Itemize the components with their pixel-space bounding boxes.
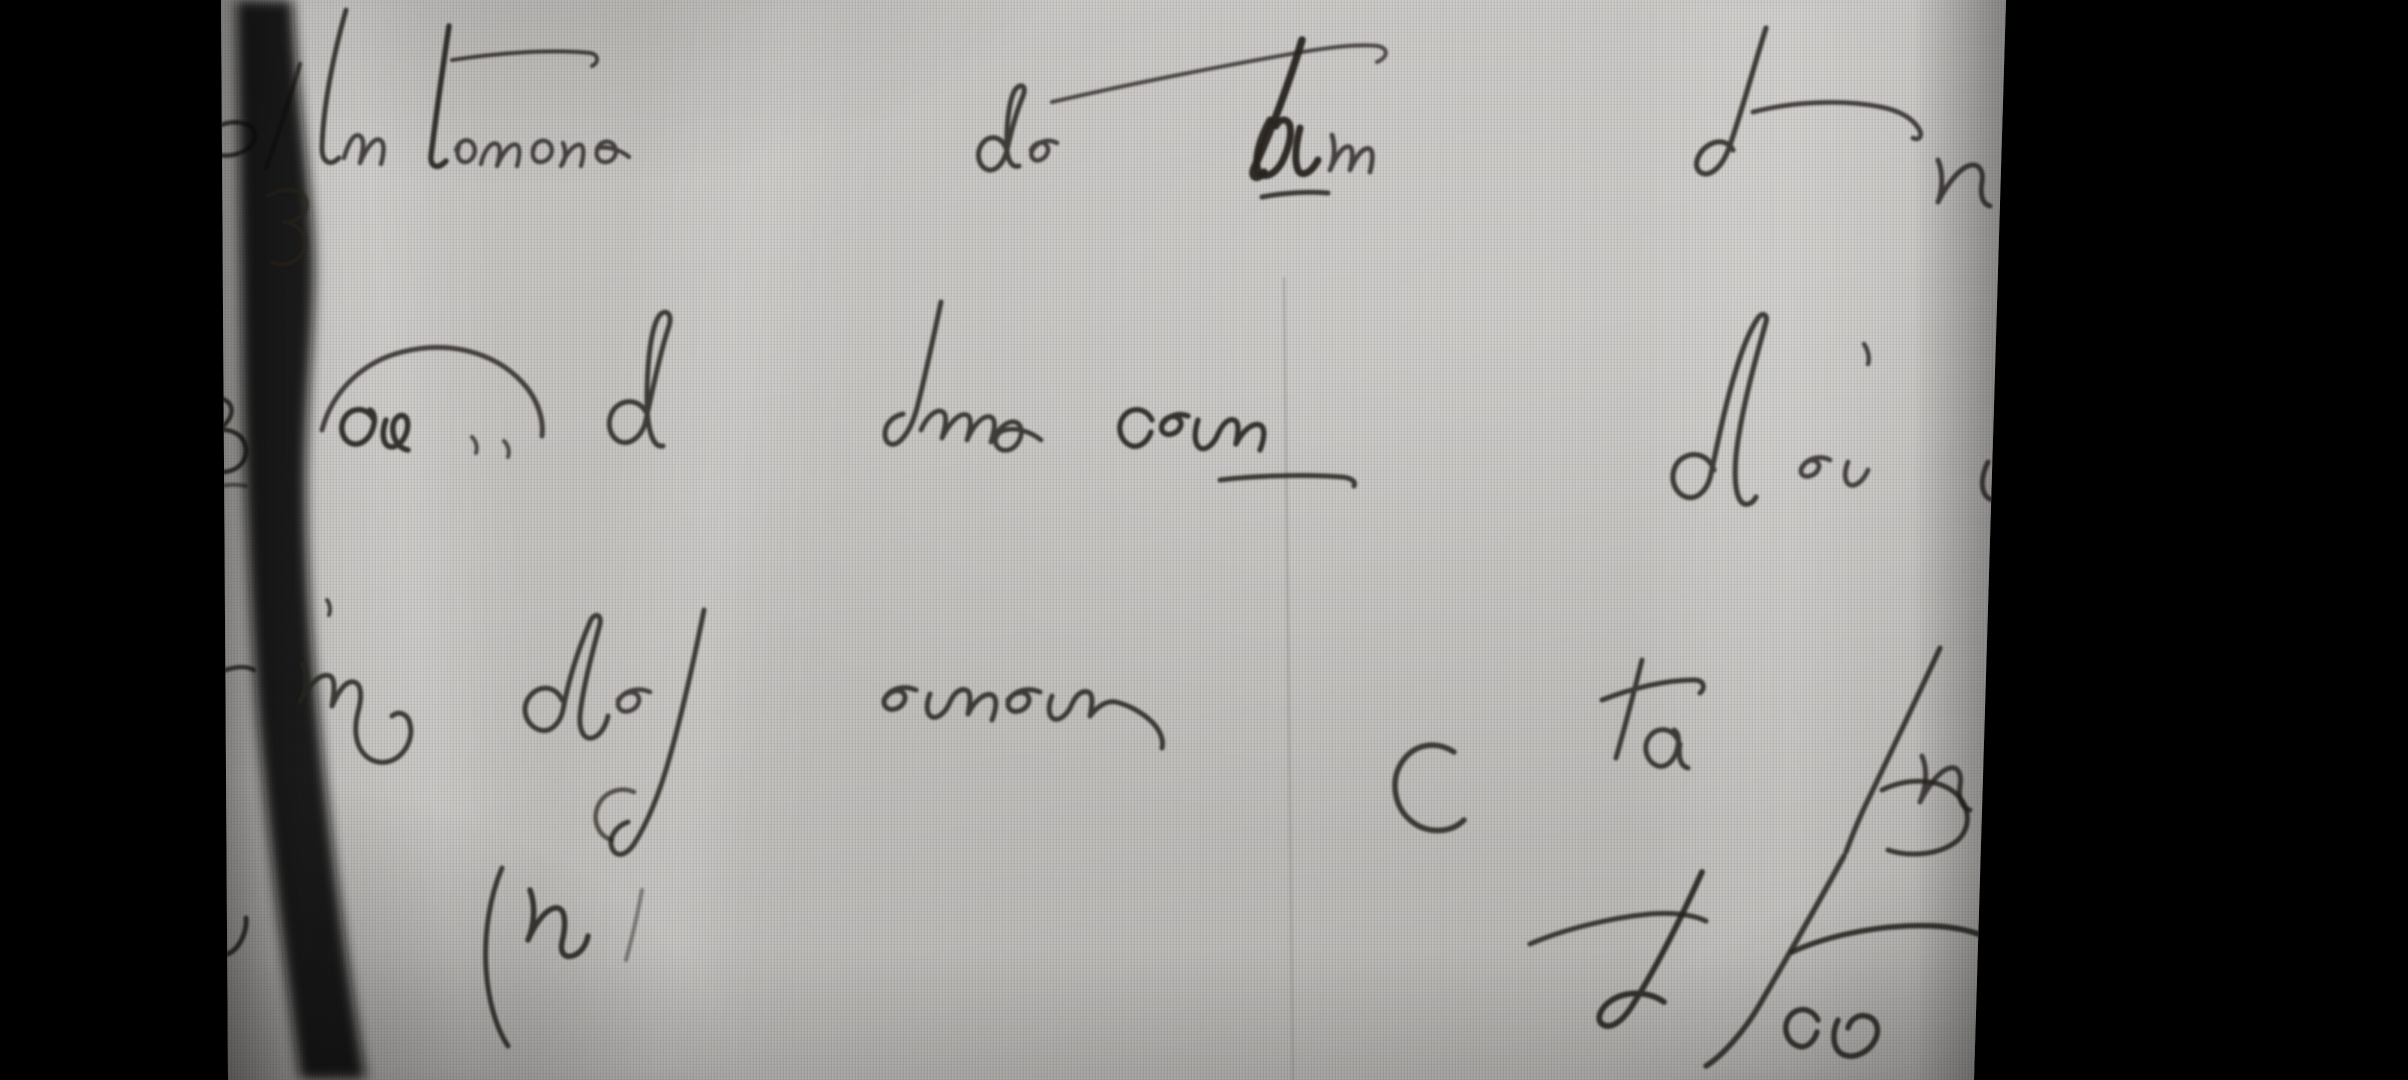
ink-stroke-line-1 — [344, 135, 384, 164]
ink-stroke-line-4 — [1706, 856, 1844, 1066]
ink-stroke-line-3 — [1395, 745, 1464, 830]
ink-stroke-line-4 — [626, 890, 642, 960]
ink-stroke-line-3 — [327, 600, 330, 615]
ink-stroke-line-2 — [609, 312, 670, 446]
ink-stroke-line-1 — [322, 10, 346, 163]
ink-stroke-line-2 — [1982, 462, 2008, 500]
ink-stroke-line-1 — [1031, 141, 1057, 161]
column-rule — [1284, 278, 1293, 1080]
ink-stroke-line-1 — [1262, 192, 1328, 197]
ink-stroke-line-2 — [322, 347, 542, 436]
ink-stroke-line-3 — [1846, 648, 1940, 852]
ink-stroke-line-1 — [452, 51, 597, 66]
manuscript-page — [0, 0, 2408, 1080]
ink-stroke-line-2 — [176, 398, 246, 472]
page-gutter-shadow — [236, 0, 366, 1080]
ink-stroke-line-3 — [618, 690, 650, 712]
photo-of-screen: Antonio de Fan_ te u ca de Inno cen_ dei… — [0, 0, 2408, 1080]
ink-stroke-line-4 — [1792, 926, 2010, 976]
ink-stroke-line-4 — [1599, 872, 1702, 1026]
ink-stroke-line-2 — [1801, 458, 1868, 486]
ink-stroke-line-1 — [1052, 45, 1386, 102]
ink-stroke-line-3 — [164, 657, 254, 676]
ink-stroke-line-4 — [528, 890, 588, 956]
ink-stroke-line-4 — [208, 898, 246, 955]
ink-stroke-line-1 — [1753, 102, 1921, 138]
ink-stroke-line-3 — [1646, 730, 1688, 768]
ink-stroke-line-3 — [1602, 660, 1703, 758]
ink-stroke-line-2 — [1673, 315, 1767, 505]
ink-stroke-line-2 — [1120, 410, 1264, 450]
ink-stroke-line-4 — [486, 868, 508, 1046]
ink-strokes — [268, 10, 2010, 1066]
ink-stroke-line-2 — [342, 410, 408, 450]
ink-stroke-line-1 — [1938, 160, 1990, 206]
handwriting-layer — [0, 0, 2408, 1080]
ink-stroke-line-1 — [431, 26, 449, 166]
ink-stroke-line-3 — [611, 610, 704, 854]
ink-stroke-line-2 — [885, 302, 941, 444]
column-rules — [1284, 278, 1293, 1080]
ink-stroke-line-1 — [978, 86, 1024, 170]
ink-stroke-line-1 — [1330, 135, 1372, 172]
ink-stroke-line-2 — [1864, 344, 1869, 364]
ink-stroke-line-1 — [456, 140, 629, 166]
ink-stroke-line-4 — [1786, 1010, 1878, 1056]
ink-stroke-line-3 — [525, 615, 608, 738]
ink-stroke-line-3 — [884, 688, 1163, 748]
ink-stroke-line-1 — [1697, 28, 1766, 174]
ink-stroke-line-2 — [186, 485, 246, 500]
ink-stroke-line-2 — [921, 411, 1041, 450]
ink-stroke-line-2 — [472, 437, 509, 457]
